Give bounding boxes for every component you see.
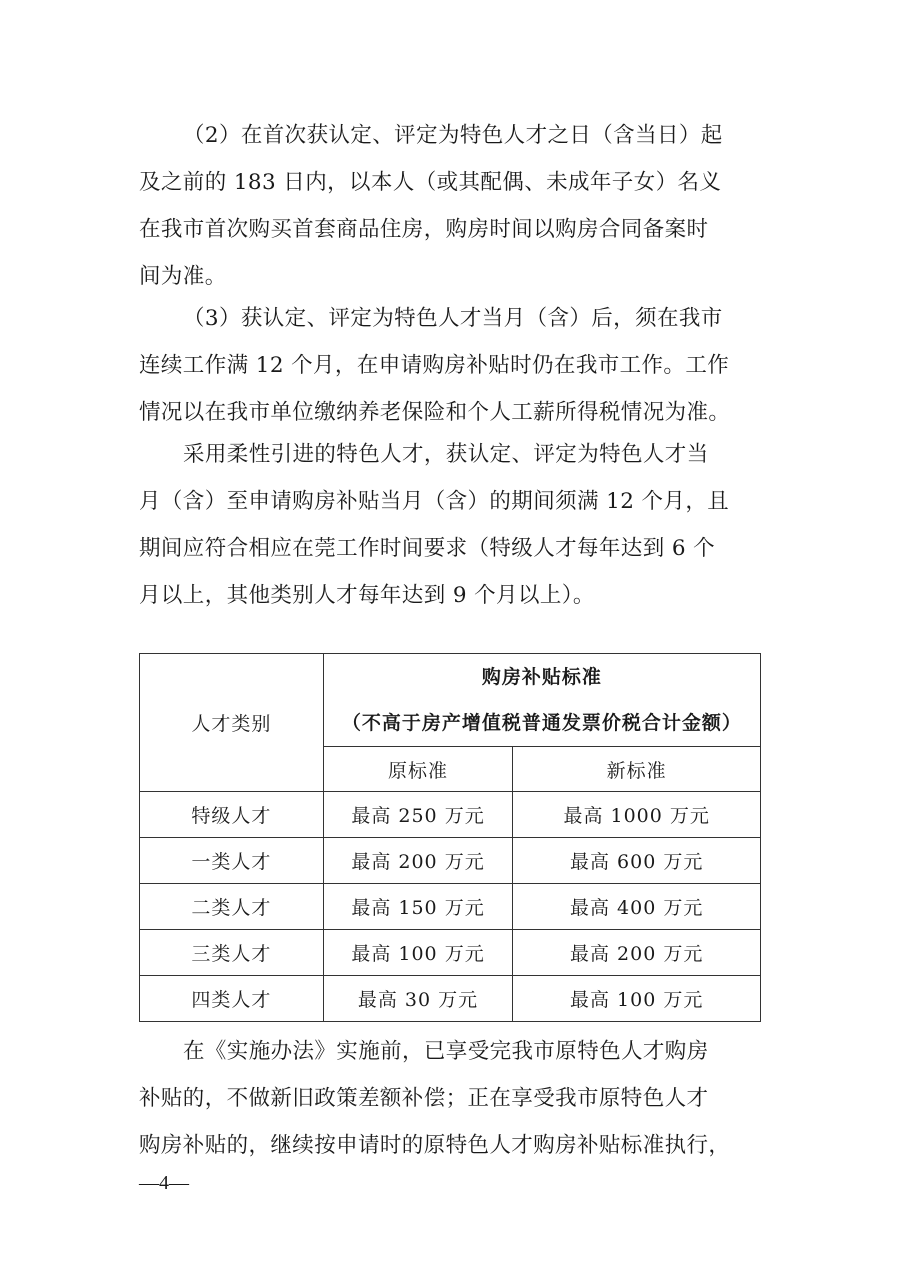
- table-row: 二类人才 最高 150 万元 最高 400 万元: [140, 884, 761, 930]
- cell-new: 最高 200 万元: [513, 930, 761, 976]
- paragraph-line: 购房补贴的，继续按申请时的原特色人才购房补贴标准执行，: [139, 1131, 779, 1161]
- subsidy-standards-table: 人才类别 购房补贴标准 （不高于房产增值税普通发票价税合计金额） 原标准 新标准…: [139, 653, 761, 1022]
- table-row: 一类人才 最高 200 万元 最高 600 万元: [140, 838, 761, 884]
- header-note: （不高于房产增值税普通发票价税合计金额）: [324, 700, 760, 746]
- paragraph-line: 在我市首次购买首套商品住房，购房时间以购房合同备案时: [139, 215, 779, 245]
- cell-old: 最高 250 万元: [323, 792, 513, 838]
- paragraph-line: 月以上，其他类别人才每年达到 9 个月以上）。: [139, 581, 779, 611]
- cell-old: 最高 200 万元: [323, 838, 513, 884]
- header-talent-category: 人才类别: [140, 654, 324, 792]
- table-row: 四类人才 最高 30 万元 最高 100 万元: [140, 976, 761, 1022]
- paragraph-line: 连续工作满 12 个月，在申请购房补贴时仍在我市工作。工作: [139, 351, 779, 381]
- header-new-standard: 新标准: [513, 747, 761, 792]
- page-number: —4—: [139, 1172, 189, 1195]
- table-row: 特级人才 最高 250 万元 最高 1000 万元: [140, 792, 761, 838]
- paragraph-line: （3）获认定、评定为特色人才当月（含）后，须在我市: [183, 304, 823, 334]
- cell-old: 最高 30 万元: [323, 976, 513, 1022]
- cell-new: 最高 400 万元: [513, 884, 761, 930]
- paragraph-line: 情况以在我市单位缴纳养老保险和个人工薪所得税情况为准。: [139, 398, 779, 428]
- header-title: 购房补贴标准: [324, 654, 760, 700]
- cell-category: 一类人才: [140, 838, 324, 884]
- paragraph-line: 在《实施办法》实施前，已享受完我市原特色人才购房: [183, 1037, 823, 1067]
- cell-category: 二类人才: [140, 884, 324, 930]
- cell-old: 最高 100 万元: [323, 930, 513, 976]
- cell-old: 最高 150 万元: [323, 884, 513, 930]
- header-subsidy-standard: 购房补贴标准 （不高于房产增值税普通发票价税合计金额）: [323, 654, 760, 747]
- table-row: 三类人才 最高 100 万元 最高 200 万元: [140, 930, 761, 976]
- paragraph-line: （2）在首次获认定、评定为特色人才之日（含当日）起: [183, 121, 823, 151]
- cell-category: 特级人才: [140, 792, 324, 838]
- paragraph-line: 间为准。: [139, 262, 779, 292]
- header-old-standard: 原标准: [323, 747, 513, 792]
- paragraph-line: 补贴的，不做新旧政策差额补偿；正在享受我市原特色人才: [139, 1084, 779, 1114]
- cell-new: 最高 100 万元: [513, 976, 761, 1022]
- paragraph-line: 采用柔性引进的特色人才，获认定、评定为特色人才当: [183, 440, 823, 470]
- paragraph-line: 及之前的 183 日内，以本人（或其配偶、未成年子女）名义: [139, 168, 779, 198]
- cell-category: 三类人才: [140, 930, 324, 976]
- cell-category: 四类人才: [140, 976, 324, 1022]
- paragraph-line: 月（含）至申请购房补贴当月（含）的期间须满 12 个月，且: [139, 487, 779, 517]
- paragraph-line: 期间应符合相应在莞工作时间要求（特级人才每年达到 6 个: [139, 534, 779, 564]
- cell-new: 最高 1000 万元: [513, 792, 761, 838]
- cell-new: 最高 600 万元: [513, 838, 761, 884]
